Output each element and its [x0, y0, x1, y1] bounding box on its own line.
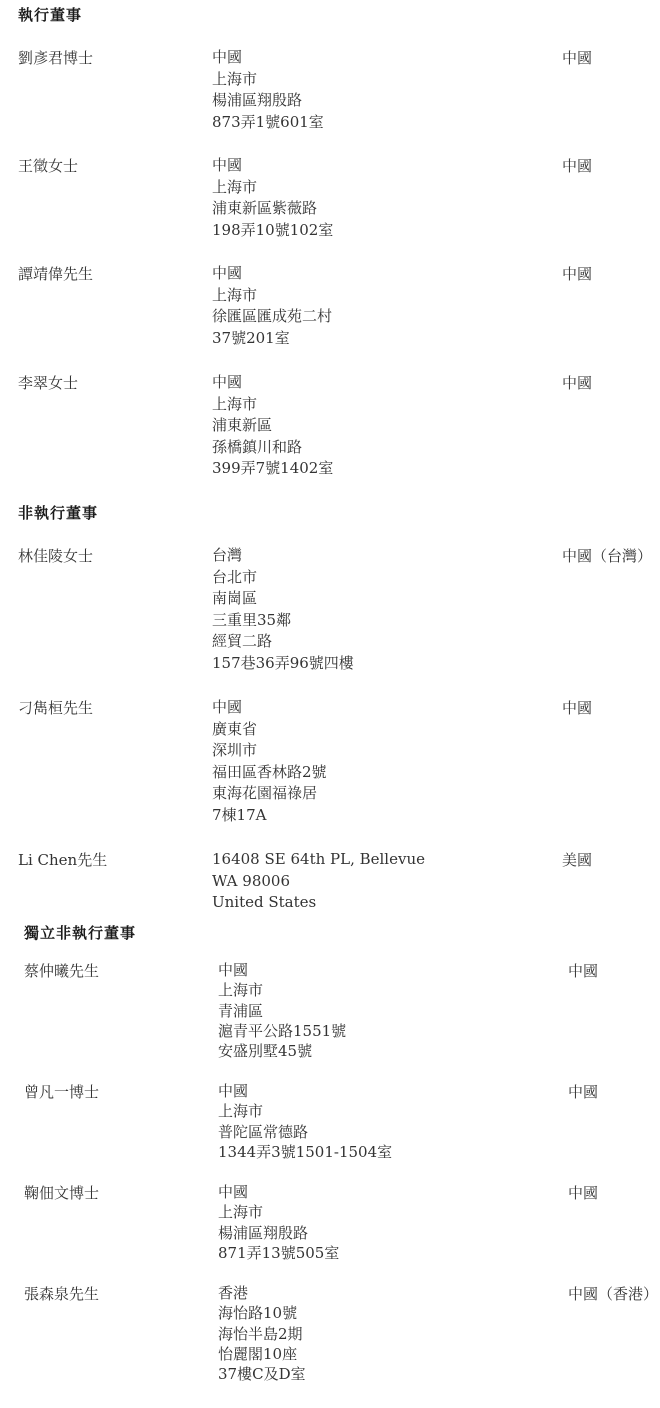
director-address: 中國上海市普陀區常德路1344弄3號1501-1504室	[218, 1081, 392, 1162]
director-name: 王徵女士	[18, 155, 78, 177]
director-nationality: 中國	[562, 372, 592, 394]
address-line: 中國	[212, 155, 333, 177]
director-address: 中國廣東省深圳市福田區香林路2號東海花園福祿居7棟17A	[212, 697, 327, 826]
address-line: 三重里35鄰	[212, 610, 354, 632]
address-line: 中國	[212, 697, 327, 719]
director-name: 李翠女士	[18, 372, 78, 394]
address-line: 上海市	[212, 394, 333, 416]
address-line: 37樓C及D室	[218, 1364, 306, 1384]
director-name: 蔡仲曦先生	[24, 960, 99, 982]
director-address: 香港海怡路10號海怡半島2期怡麗閣10座37樓C及D室	[218, 1283, 306, 1384]
address-line: 中國	[218, 1182, 339, 1202]
address-line: 7棟17A	[212, 805, 327, 827]
section-title: 執行董事	[18, 4, 82, 25]
address-line: 浦東新區	[212, 415, 333, 437]
director-nationality: 美國	[562, 849, 592, 871]
address-line: 上海市	[212, 285, 332, 307]
address-line: United States	[212, 892, 425, 914]
director-address: 中國上海市楊浦區翔殷路873弄1號601室	[212, 47, 324, 133]
address-line: 滬青平公路1551號	[218, 1021, 346, 1041]
address-line: 台北市	[212, 567, 354, 589]
director-nationality: 中國	[568, 960, 598, 982]
address-line: 198弄10號102室	[212, 220, 333, 242]
address-line: 中國	[212, 263, 332, 285]
address-line: 台灣	[212, 545, 354, 567]
director-name: 林佳陵女士	[18, 545, 93, 567]
address-line: 深圳市	[212, 740, 327, 762]
director-address: 中國上海市浦東新區孫橋鎮川和路399弄7號1402室	[212, 372, 333, 480]
director-address: 16408 SE 64th PL, BellevueWA 98006United…	[212, 849, 425, 914]
director-nationality: 中國	[562, 155, 592, 177]
address-line: 孫橋鎮川和路	[212, 437, 333, 459]
address-line: 東海花園福祿居	[212, 783, 327, 805]
director-address: 中國上海市楊浦區翔殷路871弄13號505室	[218, 1182, 339, 1263]
address-line: 中國	[218, 1081, 392, 1101]
address-line: 上海市	[212, 177, 333, 199]
director-nationality: 中國	[568, 1182, 598, 1204]
address-line: WA 98006	[212, 871, 425, 893]
address-line: 873弄1號601室	[212, 112, 324, 134]
address-line: 上海市	[218, 1202, 339, 1222]
director-nationality: 中國	[562, 263, 592, 285]
address-line: 安盛別墅45號	[218, 1041, 346, 1061]
director-address: 中國上海市徐匯區匯成苑二村37號201室	[212, 263, 332, 349]
address-line: 青浦區	[218, 1001, 346, 1021]
director-name: 鞠佃文博士	[24, 1182, 99, 1204]
address-line: 浦東新區紫薇路	[212, 198, 333, 220]
address-line: 徐匯區匯成苑二村	[212, 306, 332, 328]
address-line: 香港	[218, 1283, 306, 1303]
address-line: 37號201室	[212, 328, 332, 350]
section-title: 獨立非執行董事	[24, 922, 136, 943]
address-line: 南崗區	[212, 588, 354, 610]
address-line: 福田區香林路2號	[212, 762, 327, 784]
address-line: 普陀區常德路	[218, 1122, 392, 1142]
address-line: 楊浦區翔殷路	[218, 1223, 339, 1243]
director-nationality: 中國	[568, 1081, 598, 1103]
director-nationality: 中國	[562, 47, 592, 69]
director-name: 劉彥君博士	[18, 47, 93, 69]
director-address: 中國上海市浦東新區紫薇路198弄10號102室	[212, 155, 333, 241]
address-line: 海怡半島2期	[218, 1324, 306, 1344]
director-nationality: 中國（香港）	[568, 1283, 658, 1305]
director-name: Li Chen先生	[18, 849, 107, 871]
address-line: 中國	[212, 372, 333, 394]
address-line: 上海市	[218, 1101, 392, 1121]
director-name: 曾凡一博士	[24, 1081, 99, 1103]
address-line: 經貿二路	[212, 631, 354, 653]
address-line: 871弄13號505室	[218, 1243, 339, 1263]
address-line: 中國	[212, 47, 324, 69]
address-line: 海怡路10號	[218, 1303, 306, 1323]
address-line: 廣東省	[212, 719, 327, 741]
address-line: 楊浦區翔殷路	[212, 90, 324, 112]
director-name: 張森泉先生	[24, 1283, 99, 1305]
address-line: 399弄7號1402室	[212, 458, 333, 480]
address-line: 上海市	[218, 980, 346, 1000]
address-line: 157巷36弄96號四樓	[212, 653, 354, 675]
address-line: 上海市	[212, 69, 324, 91]
director-nationality: 中國（台灣）	[562, 545, 652, 567]
address-line: 16408 SE 64th PL, Bellevue	[212, 849, 425, 871]
address-line: 1344弄3號1501-1504室	[218, 1142, 392, 1162]
director-address: 台灣台北市南崗區三重里35鄰經貿二路157巷36弄96號四樓	[212, 545, 354, 674]
director-nationality: 中國	[562, 697, 592, 719]
director-address: 中國上海市青浦區滬青平公路1551號安盛別墅45號	[218, 960, 346, 1061]
director-name: 刁雋桓先生	[18, 697, 93, 719]
section-title: 非執行董事	[18, 502, 98, 523]
director-name: 譚靖偉先生	[18, 263, 93, 285]
address-line: 中國	[218, 960, 346, 980]
address-line: 怡麗閣10座	[218, 1344, 306, 1364]
